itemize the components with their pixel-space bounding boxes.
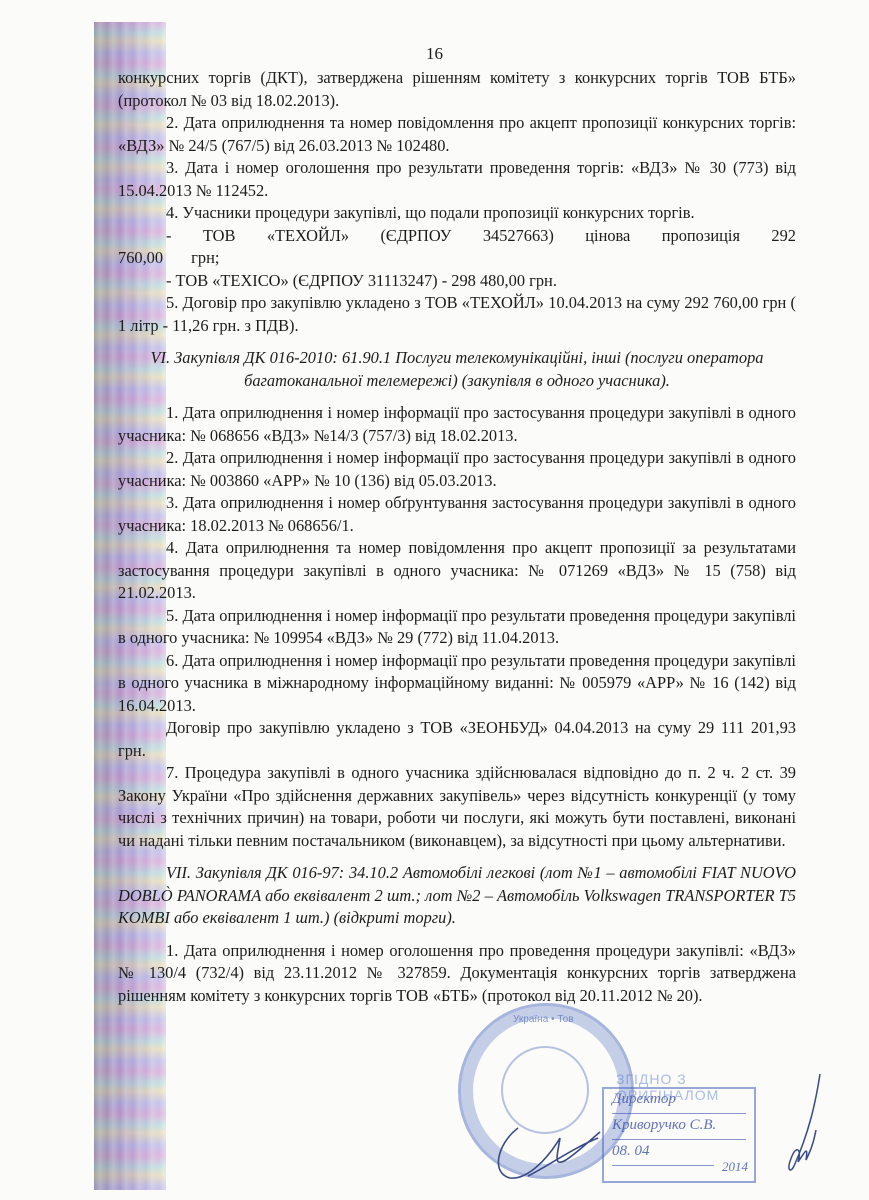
section-vi-item: 2. Дата оприлюднення і номер інформації … bbox=[118, 447, 796, 492]
document-body: конкурсних торгів (ДКТ), затверджена ріш… bbox=[118, 67, 796, 1007]
section-vi-item: 1. Дата оприлюднення і номер інформації … bbox=[118, 402, 796, 447]
paragraph: 2. Дата оприлюднення та номер повідомлен… bbox=[118, 112, 796, 157]
section-vi-contract: Договір про закупівлю укладено з ТОВ «ЗЕ… bbox=[118, 717, 796, 762]
bidder-line: - ТОВ «ТЕХОЙЛ» (ЄДРПОУ 34527663) цінова … bbox=[118, 225, 796, 270]
section-vi-item: 5. Дата оприлюднення і номер інформації … bbox=[118, 605, 796, 650]
section-vii-heading: VII. Закупівля ДК 016-97: 34.10.2 Автомо… bbox=[118, 862, 796, 930]
certification-date: 08. 04 bbox=[612, 1143, 714, 1166]
section-vi-item: 6. Дата оприлюднення і номер інформації … bbox=[118, 650, 796, 718]
initials-signature-icon bbox=[780, 1070, 830, 1180]
signature-icon bbox=[488, 1118, 608, 1188]
section-vi-item: 7. Процедура закупівлі в одного учасника… bbox=[118, 762, 796, 852]
certification-position: Директор bbox=[612, 1091, 746, 1114]
paragraph: 4. Учасники процедури закупівлі, що пода… bbox=[118, 202, 796, 225]
paragraph: 5. Договір про закупівлю укладено з ТОВ … bbox=[118, 292, 796, 337]
paragraph: 3. Дата і номер оголошення про результат… bbox=[118, 157, 796, 202]
paragraph: конкурсних торгів (ДКТ), затверджена ріш… bbox=[118, 67, 796, 112]
bidder-line: - ТОВ «TEXICO» (ЄДРПОУ 31113247) - 298 4… bbox=[118, 270, 796, 293]
certification-name: Криворучко С.В. bbox=[612, 1117, 746, 1140]
certification-year: 2014 bbox=[722, 1159, 748, 1175]
section-vi-item: 3. Дата оприлюднення і номер обґрунтуван… bbox=[118, 492, 796, 537]
certification-stamp-box: ЗГІДНО З ОРИГІНАЛОМ Директор Криворучко … bbox=[602, 1087, 756, 1183]
section-vii-item: 1. Дата оприлюднення і номер оголошення … bbox=[118, 940, 796, 1008]
stamp-text: Україна • Тов bbox=[513, 1014, 574, 1025]
section-vi-item: 4. Дата оприлюднення та номер повідомлен… bbox=[118, 537, 796, 605]
page-number: 16 bbox=[0, 44, 869, 64]
section-vi-heading: VI. Закупівля ДК 016-2010: 61.90.1 Послу… bbox=[118, 347, 796, 392]
